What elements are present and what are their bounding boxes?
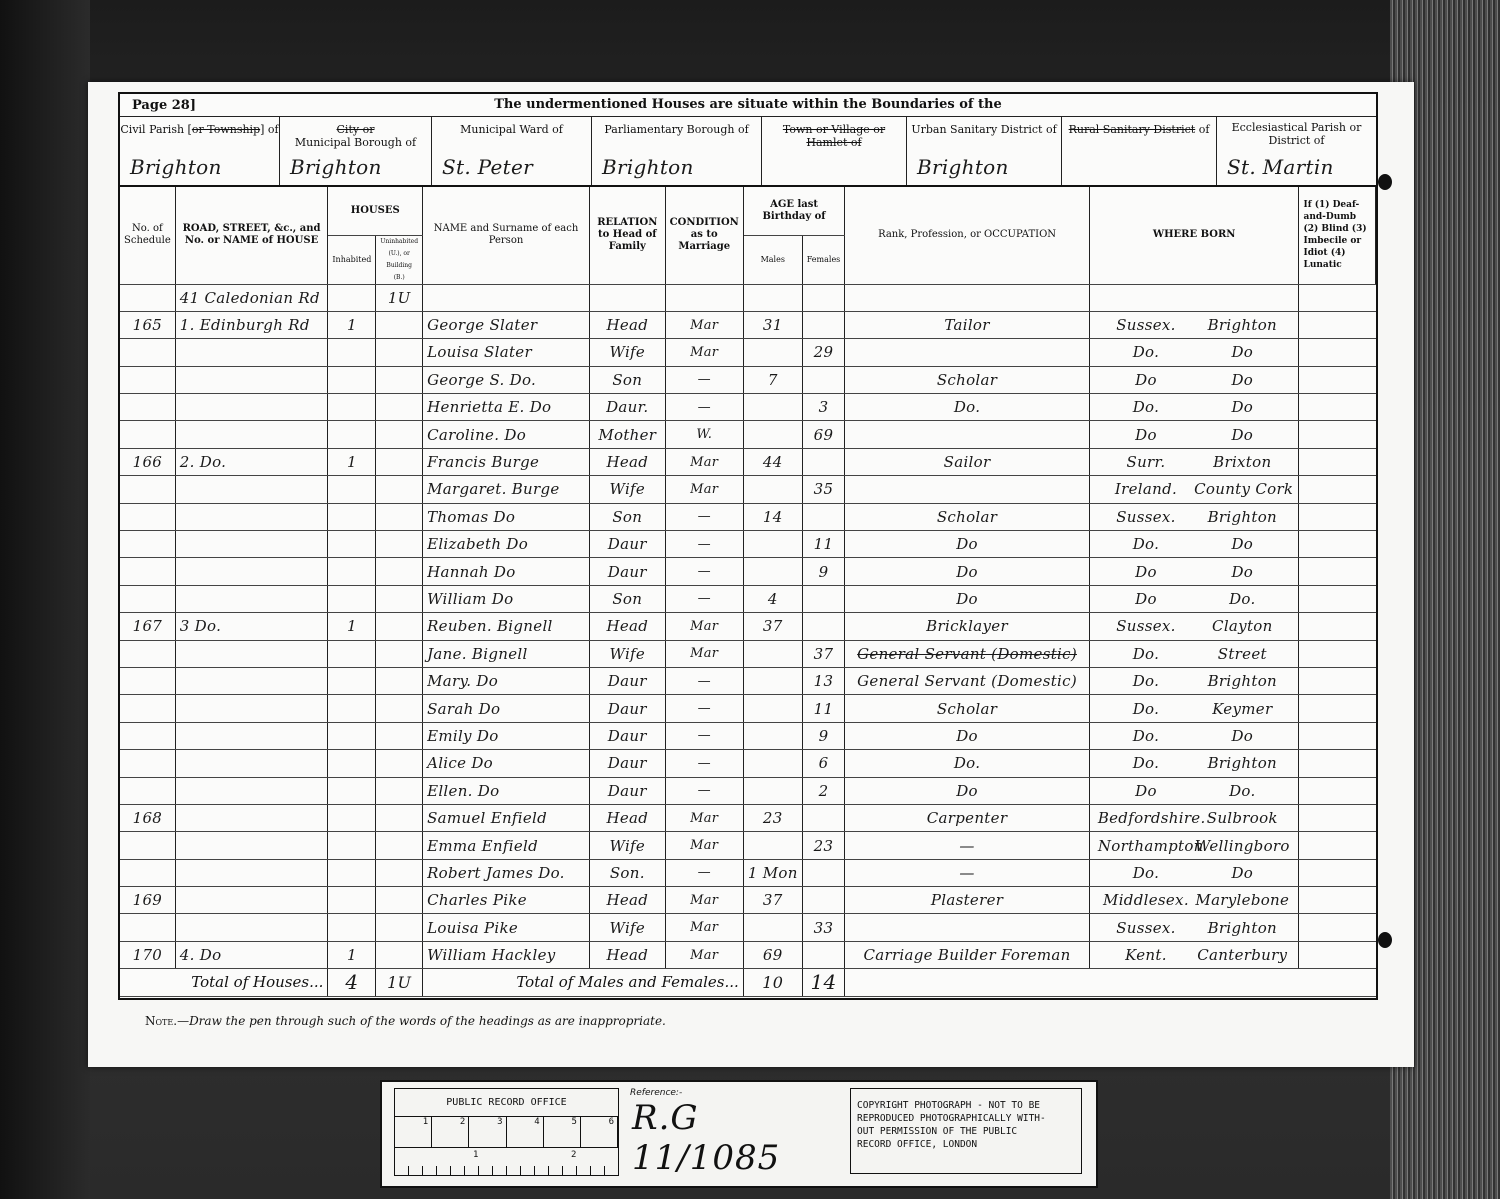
form-title: The undermentioned Houses are situate wi… xyxy=(120,97,1376,112)
infirmity-cell xyxy=(1299,695,1376,722)
census-form: Page 28] The undermentioned Houses are s… xyxy=(118,92,1378,1000)
road-cell xyxy=(175,722,328,749)
birth-county: Do xyxy=(1098,563,1194,581)
person-name-cell: Ellen. Do xyxy=(423,777,590,804)
person-name-cell: George S. Do. xyxy=(423,366,590,393)
condition-cell: Mar xyxy=(665,640,743,667)
relation-cell: Son xyxy=(589,585,665,612)
occupation-cell xyxy=(845,339,1090,366)
female-age-cell: 29 xyxy=(802,339,845,366)
occupation-cell: Do xyxy=(845,531,1090,558)
infirmity-cell xyxy=(1299,667,1376,694)
birth-place: Brighton xyxy=(1194,316,1290,334)
infirmity-cell xyxy=(1299,311,1376,338)
relation-cell xyxy=(589,284,665,311)
person-name-cell: Francis Burge xyxy=(423,448,590,475)
scale-ruler: PUBLIC RECORD OFFICE 1 2 3 4 5 6 1 2 xyxy=(394,1088,619,1176)
title-row: Page 28] The undermentioned Houses are s… xyxy=(120,94,1376,117)
occupation-cell: Do xyxy=(845,722,1090,749)
male-age-cell xyxy=(743,640,802,667)
person-name-cell: William Hackley xyxy=(423,941,590,968)
col-where-born: WHERE BORN xyxy=(1089,187,1299,284)
male-age-cell xyxy=(743,667,802,694)
col-infirmity: If (1) Deaf-and-Dumb (2) Blind (3) Imbec… xyxy=(1299,187,1376,284)
scan-background-left xyxy=(0,0,90,1199)
where-born-cell: Kent.Canterbury xyxy=(1089,941,1299,968)
male-age-cell xyxy=(743,750,802,777)
reference-label: Reference:- xyxy=(630,1088,850,1098)
male-age-cell xyxy=(743,421,802,448)
condition-cell xyxy=(665,284,743,311)
inhabited-cell xyxy=(328,914,376,941)
table-row: Louisa PikeWifeMar33Sussex.Brighton xyxy=(120,914,1376,941)
relation-cell: Son xyxy=(589,366,665,393)
office-label: PUBLIC RECORD OFFICE xyxy=(395,1089,618,1117)
relation-cell: Son xyxy=(589,503,665,530)
birth-county: Sussex. xyxy=(1098,508,1194,526)
road-cell: 41 Caledonian Rd xyxy=(175,284,328,311)
birth-place: Marylebone xyxy=(1194,891,1290,909)
inhabited-cell xyxy=(328,394,376,421)
municipal-borough-value: Brighton xyxy=(290,155,382,179)
inhabited-cell xyxy=(328,339,376,366)
birth-place: Wellingboro xyxy=(1194,837,1290,855)
person-name-cell: George Slater xyxy=(423,311,590,338)
birth-place: Do xyxy=(1194,727,1290,745)
table-row: Sarah DoDaur—11ScholarDo.Keymer xyxy=(120,695,1376,722)
table-row: Robert James Do.Son.—1 Mon—Do.Do xyxy=(120,859,1376,886)
district-municipal-ward: Municipal Ward of St. Peter xyxy=(432,117,592,185)
where-born-cell: Do.Do xyxy=(1089,531,1299,558)
col-inhabited: Inhabited xyxy=(328,235,376,284)
uninhabited-cell xyxy=(376,640,423,667)
person-name-cell: Emma Enfield xyxy=(423,832,590,859)
road-cell xyxy=(175,750,328,777)
uninhabited-cell xyxy=(376,695,423,722)
person-name-cell: Thomas Do xyxy=(423,503,590,530)
road-cell xyxy=(175,339,328,366)
female-age-cell: 11 xyxy=(802,531,845,558)
infirmity-cell xyxy=(1299,503,1376,530)
condition-cell: — xyxy=(665,366,743,393)
infirmity-cell xyxy=(1299,476,1376,503)
female-age-cell: 9 xyxy=(802,722,845,749)
occupation-cell: — xyxy=(845,859,1090,886)
birth-place: Brighton xyxy=(1194,754,1290,772)
where-born-cell: Do.Brighton xyxy=(1089,750,1299,777)
relation-cell: Daur xyxy=(589,695,665,722)
female-age-cell: 35 xyxy=(802,476,845,503)
inhabited-cell xyxy=(328,531,376,558)
road-cell xyxy=(175,531,328,558)
inhabited-cell xyxy=(328,558,376,585)
person-name-cell: Henrietta E. Do xyxy=(423,394,590,421)
uninhabited-cell xyxy=(376,339,423,366)
road-cell xyxy=(175,887,328,914)
occupation-cell: Plasterer xyxy=(845,887,1090,914)
col-name: NAME and Surname of each Person xyxy=(423,187,590,284)
col-relation: RELATION to Head of Family xyxy=(589,187,665,284)
where-born-cell: DoDo xyxy=(1089,366,1299,393)
where-born-cell: Do.Do xyxy=(1089,722,1299,749)
female-age-cell: 23 xyxy=(802,832,845,859)
schedule-cell xyxy=(120,503,175,530)
male-age-cell: 37 xyxy=(743,613,802,640)
reference-box: Reference:- R.G 11/1085 xyxy=(630,1088,850,1180)
person-name-cell: Caroline. Do xyxy=(423,421,590,448)
col-condition: CONDITION as to Marriage xyxy=(665,187,743,284)
where-born-cell: Sussex.Clayton xyxy=(1089,613,1299,640)
female-age-cell: 3 xyxy=(802,394,845,421)
road-cell xyxy=(175,832,328,859)
table-row: 1673 Do.1Reuben. BignellHeadMar37Brickla… xyxy=(120,613,1376,640)
birth-county: Do. xyxy=(1098,727,1194,745)
male-age-cell xyxy=(743,914,802,941)
road-cell xyxy=(175,859,328,886)
condition-cell: — xyxy=(665,585,743,612)
occupation-cell: Sailor xyxy=(845,448,1090,475)
inhabited-cell: 1 xyxy=(328,448,376,475)
birth-county: Sussex. xyxy=(1098,316,1194,334)
birth-place: Do. xyxy=(1194,782,1290,800)
female-age-cell xyxy=(802,503,845,530)
condition-cell: Mar xyxy=(665,613,743,640)
condition-cell: — xyxy=(665,531,743,558)
person-name-cell: Jane. Bignell xyxy=(423,640,590,667)
table-row: 168Samuel EnfieldHeadMar23CarpenterBedfo… xyxy=(120,804,1376,831)
schedule-cell xyxy=(120,394,175,421)
condition-cell: — xyxy=(665,750,743,777)
schedule-cell: 169 xyxy=(120,887,175,914)
occupation-cell: — xyxy=(845,832,1090,859)
total-houses-label: Total of Houses... xyxy=(120,969,328,996)
female-age-cell xyxy=(802,804,845,831)
birth-county: Bedfordshire. xyxy=(1098,809,1194,827)
birth-county: Do. xyxy=(1098,700,1194,718)
table-row: Henrietta E. DoDaur.—3Do.Do.Do xyxy=(120,394,1376,421)
condition-cell: Mar xyxy=(665,448,743,475)
uninhabited-cell xyxy=(376,448,423,475)
total-females: 14 xyxy=(802,969,845,996)
relation-cell: Daur xyxy=(589,531,665,558)
occupation-cell: Carriage Builder Foreman xyxy=(845,941,1090,968)
male-age-cell: 37 xyxy=(743,887,802,914)
district-town-village: Town or Village or Hamlet of xyxy=(762,117,907,185)
where-born-cell: Sussex.Brighton xyxy=(1089,311,1299,338)
condition-cell: — xyxy=(665,722,743,749)
birth-place: Do xyxy=(1194,426,1290,444)
uninhabited-cell xyxy=(376,832,423,859)
infirmity-cell xyxy=(1299,859,1376,886)
birth-place: County Cork xyxy=(1194,480,1290,498)
occupation-cell: General Servant (Domestic) xyxy=(845,667,1090,694)
where-born-cell: Do.Do xyxy=(1089,859,1299,886)
birth-place: Do xyxy=(1194,398,1290,416)
road-cell xyxy=(175,585,328,612)
schedule-cell xyxy=(120,722,175,749)
schedule-cell: 170 xyxy=(120,941,175,968)
person-name-cell: Emily Do xyxy=(423,722,590,749)
female-age-cell xyxy=(802,585,845,612)
birth-place: Canterbury xyxy=(1194,946,1290,964)
district-municipal-borough: City orMunicipal Borough of Brighton xyxy=(280,117,432,185)
birth-place: Street xyxy=(1194,645,1290,663)
relation-cell: Wife xyxy=(589,640,665,667)
uninhabited-cell xyxy=(376,421,423,448)
person-name-cell: Elizabeth Do xyxy=(423,531,590,558)
birth-place: Clayton xyxy=(1194,617,1290,635)
birth-place: Keymer xyxy=(1194,700,1290,718)
male-age-cell: 69 xyxy=(743,941,802,968)
occupation-cell: Do xyxy=(845,558,1090,585)
occupation-cell xyxy=(845,284,1090,311)
schedule-cell xyxy=(120,558,175,585)
civil-parish-value: Brighton xyxy=(130,155,222,179)
inhabited-cell xyxy=(328,667,376,694)
total-uninhabited: 1U xyxy=(376,969,423,996)
relation-cell: Daur xyxy=(589,777,665,804)
female-age-cell xyxy=(802,859,845,886)
binding-hole xyxy=(1378,932,1392,948)
ruler-ticks: 1 2 xyxy=(395,1148,618,1176)
relation-cell: Wife xyxy=(589,914,665,941)
condition-cell: Mar xyxy=(665,311,743,338)
occupation-cell xyxy=(845,476,1090,503)
total-inhabited: 4 xyxy=(328,969,376,996)
inhabited-cell xyxy=(328,804,376,831)
table-row: Jane. BignellWifeMar37General Servant (D… xyxy=(120,640,1376,667)
female-age-cell xyxy=(802,613,845,640)
person-name-cell: Charles Pike xyxy=(423,887,590,914)
birth-place: Sulbrook xyxy=(1194,809,1290,827)
condition-cell: — xyxy=(665,667,743,694)
where-born-cell: DoDo. xyxy=(1089,777,1299,804)
birth-county: Ireland. xyxy=(1098,480,1194,498)
male-age-cell: 44 xyxy=(743,448,802,475)
female-age-cell: 33 xyxy=(802,914,845,941)
where-born-cell: Surr.Brixton xyxy=(1089,448,1299,475)
male-age-cell xyxy=(743,777,802,804)
female-age-cell xyxy=(802,887,845,914)
uninhabited-cell xyxy=(376,531,423,558)
where-born-cell: NorthamptonWellingboro xyxy=(1089,832,1299,859)
person-name-cell: Mary. Do xyxy=(423,667,590,694)
birth-county: Do. xyxy=(1098,864,1194,882)
schedule-cell xyxy=(120,640,175,667)
road-cell xyxy=(175,503,328,530)
occupation-cell xyxy=(845,421,1090,448)
infirmity-cell xyxy=(1299,448,1376,475)
birth-county: Do. xyxy=(1098,398,1194,416)
road-cell xyxy=(175,394,328,421)
relation-cell: Daur xyxy=(589,558,665,585)
birth-county: Do. xyxy=(1098,754,1194,772)
inhabited-cell: 1 xyxy=(328,613,376,640)
relation-cell: Wife xyxy=(589,832,665,859)
schedule-cell xyxy=(120,531,175,558)
female-age-cell: 13 xyxy=(802,667,845,694)
uninhabited-cell xyxy=(376,667,423,694)
inhabited-cell xyxy=(328,832,376,859)
schedule-cell xyxy=(120,366,175,393)
inhabited-cell xyxy=(328,640,376,667)
road-cell xyxy=(175,366,328,393)
table-row: Thomas DoSon—14ScholarSussex.Brighton xyxy=(120,503,1376,530)
condition-cell: — xyxy=(665,859,743,886)
infirmity-cell xyxy=(1299,804,1376,831)
schedule-cell xyxy=(120,777,175,804)
birth-place: Do xyxy=(1194,563,1290,581)
inhabited-cell xyxy=(328,695,376,722)
table-row: 1651. Edinburgh Rd1George SlaterHeadMar3… xyxy=(120,311,1376,338)
total-persons-label: Total of Males and Females... xyxy=(423,969,744,996)
person-name-cell: William Do xyxy=(423,585,590,612)
where-born-cell: Do.Keymer xyxy=(1089,695,1299,722)
condition-cell: Mar xyxy=(665,887,743,914)
table-row: 1704. Do1William HackleyHeadMar69Carriag… xyxy=(120,941,1376,968)
schedule-cell: 166 xyxy=(120,448,175,475)
schedule-cell xyxy=(120,859,175,886)
uninhabited-cell xyxy=(376,887,423,914)
inhabited-cell xyxy=(328,366,376,393)
where-born-cell: DoDo. xyxy=(1089,585,1299,612)
road-cell: 2. Do. xyxy=(175,448,328,475)
table-row: Louisa SlaterWifeMar29Do.Do xyxy=(120,339,1376,366)
relation-cell: Daur xyxy=(589,750,665,777)
schedule-cell xyxy=(120,832,175,859)
inhabited-cell xyxy=(328,476,376,503)
person-name-cell: Louisa Slater xyxy=(423,339,590,366)
condition-cell: W. xyxy=(665,421,743,448)
birth-place: Brighton xyxy=(1194,919,1290,937)
table-row: Ellen. DoDaur—2DoDoDo. xyxy=(120,777,1376,804)
infirmity-cell xyxy=(1299,421,1376,448)
where-born-cell: Ireland.County Cork xyxy=(1089,476,1299,503)
birth-county: Surr. xyxy=(1098,453,1194,471)
table-row: 1662. Do.1Francis BurgeHeadMar44SailorSu… xyxy=(120,448,1376,475)
where-born-cell: Sussex.Brighton xyxy=(1089,914,1299,941)
male-age-cell xyxy=(743,339,802,366)
schedule-cell xyxy=(120,421,175,448)
ecclesiastical-parish-value: St. Martin xyxy=(1227,155,1334,179)
birth-place: Do xyxy=(1194,371,1290,389)
road-cell xyxy=(175,667,328,694)
occupation-cell: Scholar xyxy=(845,695,1090,722)
person-name-cell: Hannah Do xyxy=(423,558,590,585)
male-age-cell: 7 xyxy=(743,366,802,393)
occupation-cell: Do xyxy=(845,585,1090,612)
inhabited-cell xyxy=(328,777,376,804)
person-name-cell xyxy=(423,284,590,311)
census-body: 41 Caledonian Rd1U1651. Edinburgh Rd1Geo… xyxy=(120,284,1376,969)
female-age-cell: 37 xyxy=(802,640,845,667)
condition-cell: — xyxy=(665,503,743,530)
uninhabited-cell xyxy=(376,859,423,886)
schedule-cell xyxy=(120,914,175,941)
district-rural-sanitary: Rural Sanitary District of xyxy=(1062,117,1217,185)
uninhabited-cell xyxy=(376,941,423,968)
male-age-cell xyxy=(743,558,802,585)
inhabited-cell xyxy=(328,722,376,749)
col-males: Males xyxy=(743,235,802,284)
male-age-cell: 4 xyxy=(743,585,802,612)
inhabited-cell: 1 xyxy=(328,311,376,338)
birth-county: Do xyxy=(1098,426,1194,444)
condition-cell: — xyxy=(665,394,743,421)
female-age-cell xyxy=(802,311,845,338)
birth-county: Do. xyxy=(1098,535,1194,553)
road-cell xyxy=(175,914,328,941)
condition-cell: Mar xyxy=(665,832,743,859)
schedule-cell xyxy=(120,667,175,694)
infirmity-cell xyxy=(1299,613,1376,640)
road-cell xyxy=(175,640,328,667)
condition-cell: Mar xyxy=(665,941,743,968)
table-row: Mary. DoDaur—13General Servant (Domestic… xyxy=(120,667,1376,694)
schedule-cell xyxy=(120,695,175,722)
occupation-cell: Do. xyxy=(845,750,1090,777)
table-row: Elizabeth DoDaur—11DoDo.Do xyxy=(120,531,1376,558)
district-parliamentary-borough: Parliamentary Borough of Brighton xyxy=(592,117,762,185)
uninhabited-cell xyxy=(376,722,423,749)
infirmity-cell xyxy=(1299,722,1376,749)
relation-cell: Daur. xyxy=(589,394,665,421)
infirmity-cell xyxy=(1299,284,1376,311)
infirmity-cell xyxy=(1299,558,1376,585)
table-row: Emma EnfieldWifeMar23—NorthamptonWelling… xyxy=(120,832,1376,859)
male-age-cell xyxy=(743,722,802,749)
schedule-cell xyxy=(120,284,175,311)
male-age-cell: 31 xyxy=(743,311,802,338)
district-civil-parish: Civil Parish [or Township] of Brighton xyxy=(120,117,280,185)
road-cell: 4. Do xyxy=(175,941,328,968)
uninhabited-cell xyxy=(376,750,423,777)
where-born-cell: Do.Brighton xyxy=(1089,667,1299,694)
road-cell xyxy=(175,777,328,804)
infirmity-cell xyxy=(1299,941,1376,968)
relation-cell: Mother xyxy=(589,421,665,448)
birth-place: Do xyxy=(1194,864,1290,882)
birth-county: Sussex. xyxy=(1098,919,1194,937)
municipal-ward-value: St. Peter xyxy=(442,155,533,179)
schedule-cell xyxy=(120,476,175,503)
uninhabited-cell xyxy=(376,394,423,421)
relation-cell: Daur xyxy=(589,667,665,694)
urban-sanitary-value: Brighton xyxy=(917,155,1009,179)
infirmity-cell xyxy=(1299,750,1376,777)
census-table: No. of Schedule ROAD, STREET, &c., and N… xyxy=(120,187,1376,997)
where-born-cell: DoDo xyxy=(1089,421,1299,448)
col-houses: HOUSES xyxy=(328,187,423,235)
relation-cell: Son. xyxy=(589,859,665,886)
relation-cell: Wife xyxy=(589,476,665,503)
parliamentary-borough-value: Brighton xyxy=(602,155,694,179)
inhabited-cell xyxy=(328,421,376,448)
table-row: 169Charles PikeHeadMar37PlastererMiddles… xyxy=(120,887,1376,914)
total-males: 10 xyxy=(743,969,802,996)
where-born-cell: Sussex.Brighton xyxy=(1089,503,1299,530)
person-name-cell: Alice Do xyxy=(423,750,590,777)
road-cell xyxy=(175,421,328,448)
birth-county: Do xyxy=(1098,371,1194,389)
schedule-cell xyxy=(120,339,175,366)
uninhabited-cell xyxy=(376,366,423,393)
male-age-cell xyxy=(743,284,802,311)
person-name-cell: Sarah Do xyxy=(423,695,590,722)
uninhabited-cell xyxy=(376,503,423,530)
schedule-cell: 167 xyxy=(120,613,175,640)
inhabited-cell xyxy=(328,750,376,777)
